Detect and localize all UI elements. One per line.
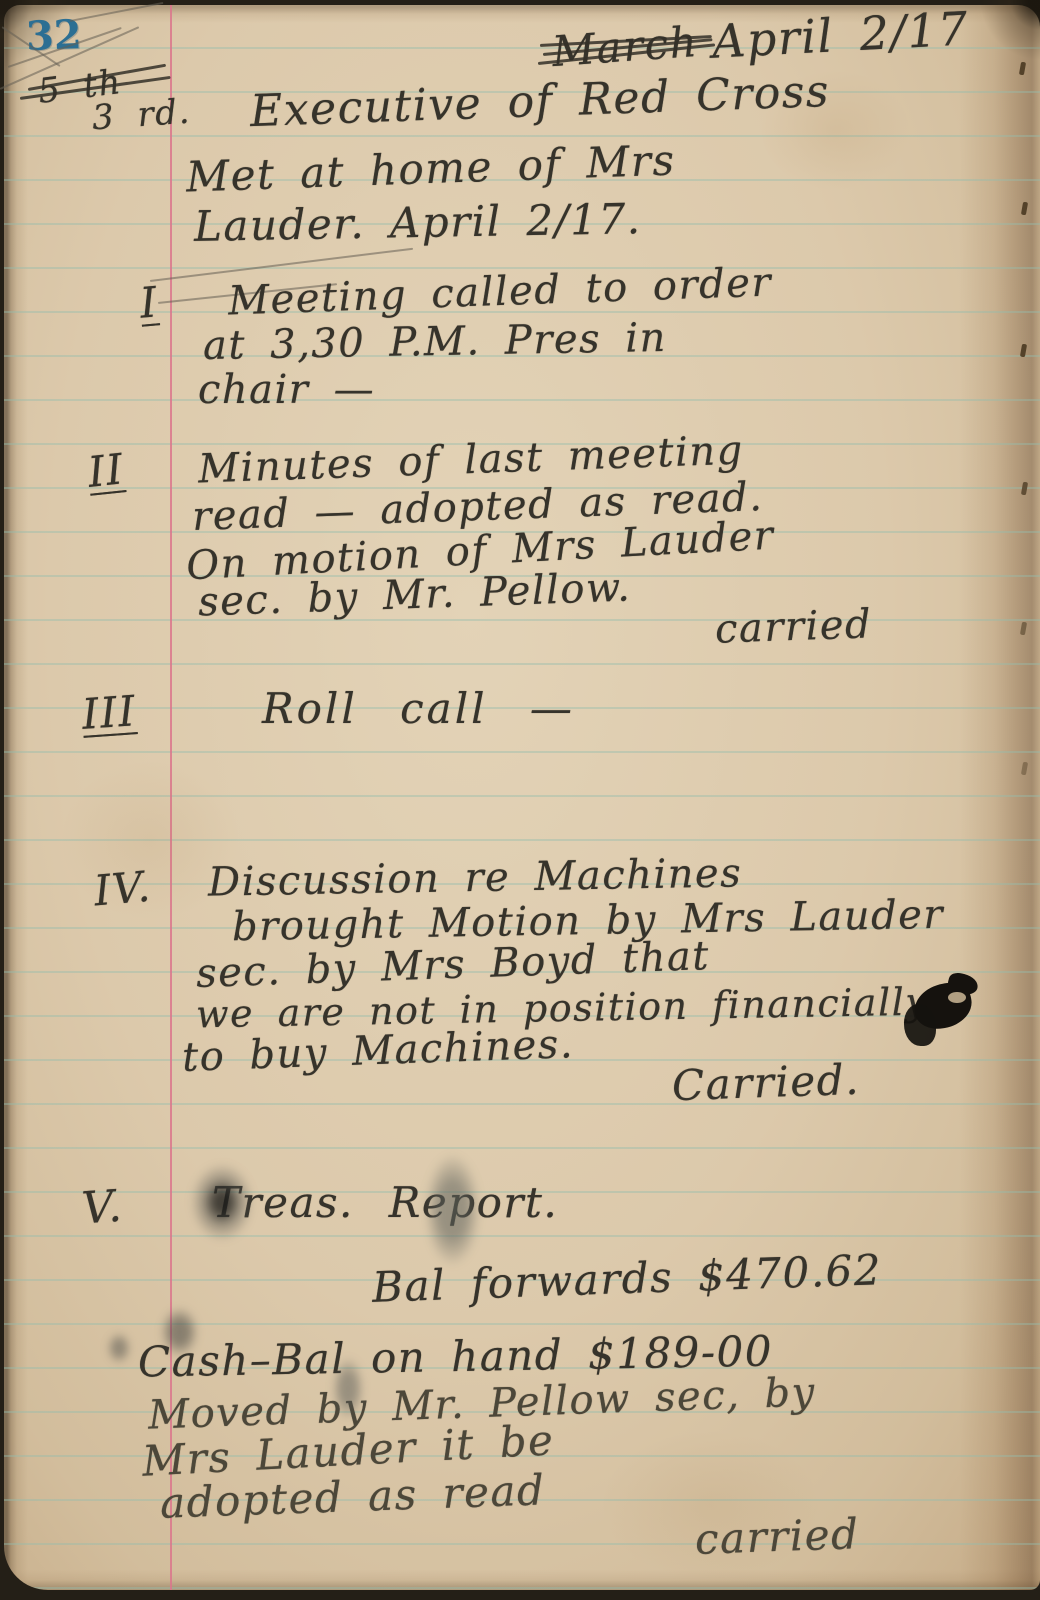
minutes-line: Treas. Report. [212,1182,558,1224]
ledger-scan: 32 5 th 3 rd. March April 2/17 Executive… [0,0,1040,1600]
carried-label: carried [694,1513,860,1561]
minutes-line: chair — [198,370,375,410]
date-label: April 2/17 [711,5,970,64]
carried-label: carried [714,604,872,649]
ink-blot-highlight [948,992,966,1003]
section-numeral: I [138,281,160,324]
section-numeral: V. [81,1185,125,1232]
minutes-line: Discussion re Machines [208,853,743,902]
section-numeral: III [81,690,138,736]
minutes-line: Roll call — [262,688,575,730]
section-numeral: II [86,448,126,494]
meeting-subtitle-line: Lauder. April 2/17. [194,198,642,248]
section-numeral: IV. [92,866,153,913]
carried-label: Carried. [671,1059,860,1108]
revised-day-label: 3 rd. [91,95,192,136]
minutes-line: at 3,30 P.M. Pres in [203,318,667,366]
